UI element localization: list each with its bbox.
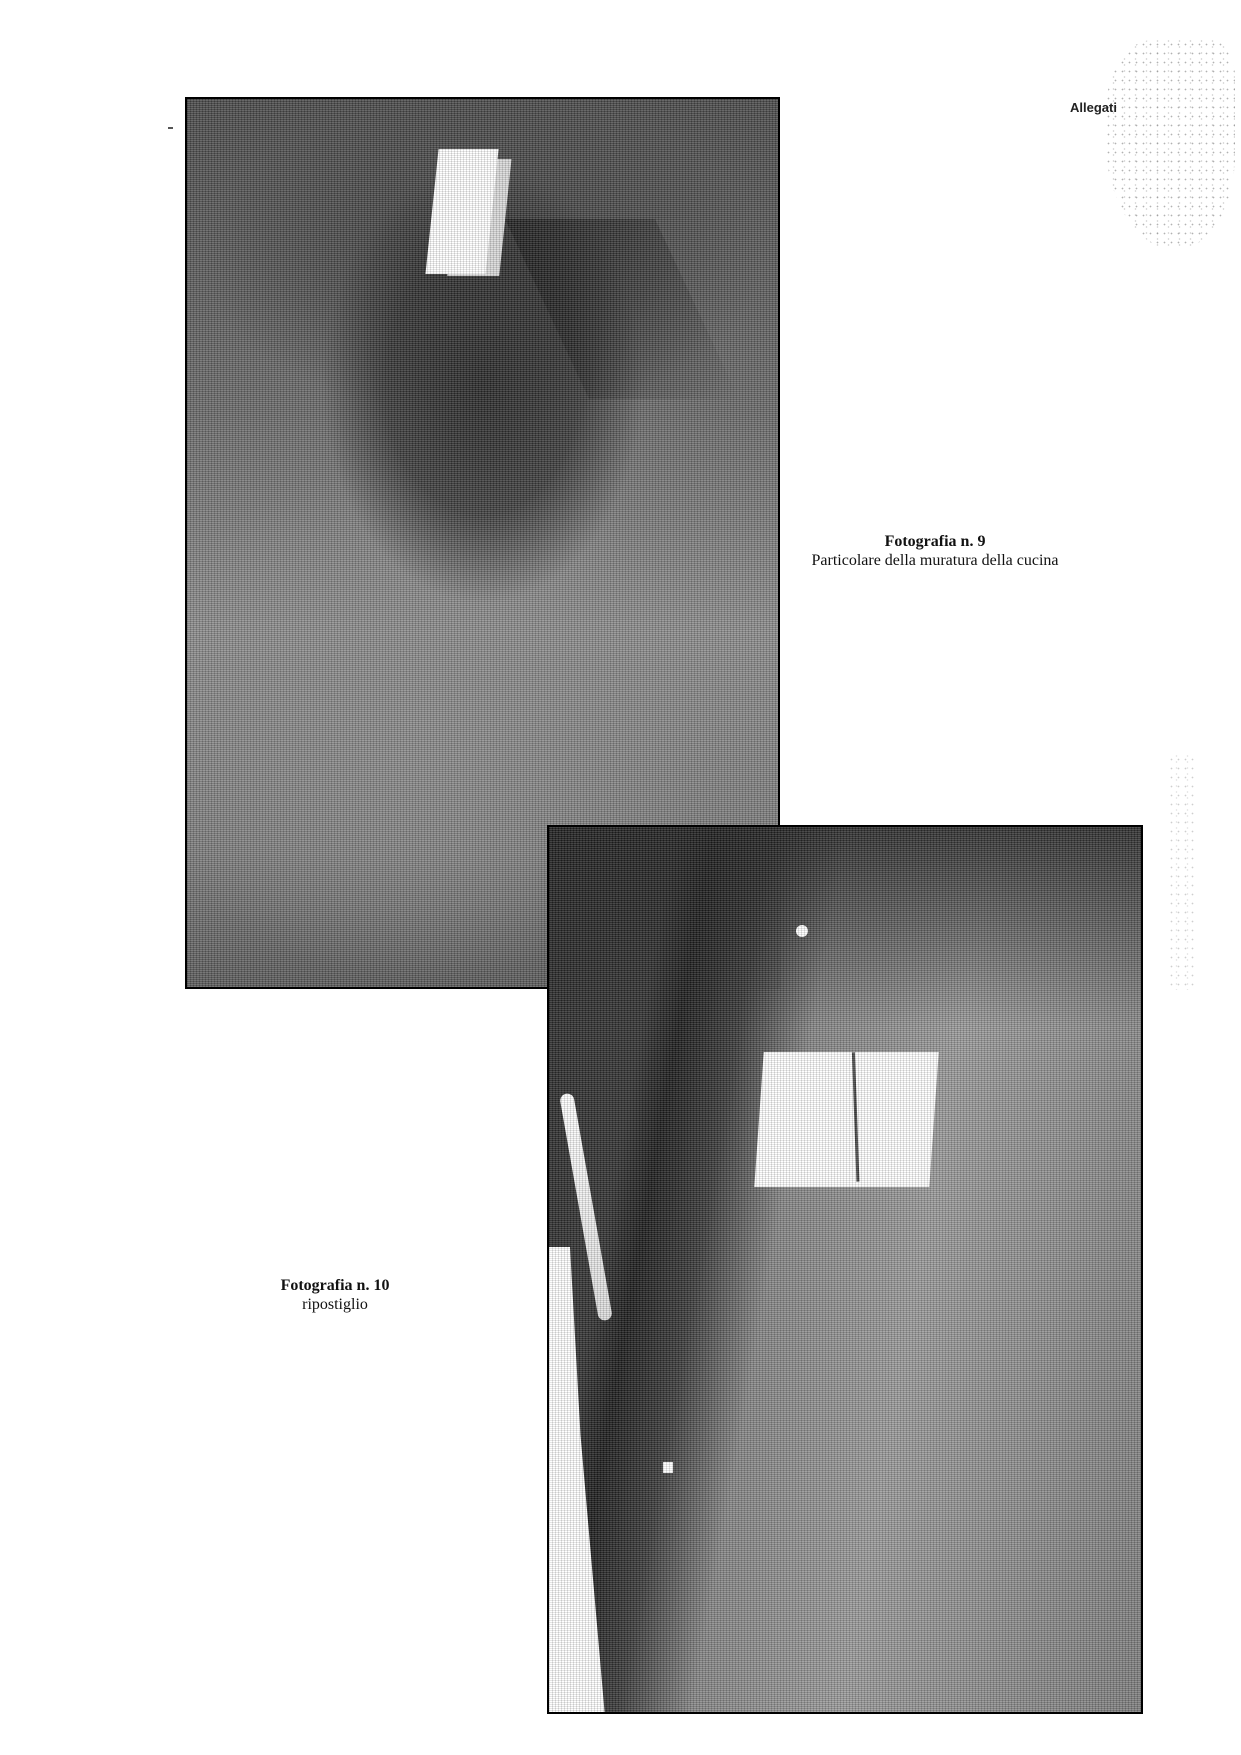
photo-caption: Fotografia n. 9 Particolare della muratu… [790,532,1080,570]
caption-title: Fotografia n. 9 [790,532,1080,551]
scan-mark [168,127,173,129]
scan-noise [1105,40,1235,250]
section-header: Allegati [1070,100,1117,115]
scan-noise [1168,755,1196,990]
caption-title: Fotografia n. 10 [230,1276,440,1295]
photo-storage-room [547,825,1143,1714]
photo-grain [549,827,1141,1712]
photo-caption: Fotografia n. 10 ripostiglio [230,1276,440,1314]
caption-description: Particolare della muratura della cucina [812,552,1059,569]
caption-description: ripostiglio [302,1296,368,1313]
